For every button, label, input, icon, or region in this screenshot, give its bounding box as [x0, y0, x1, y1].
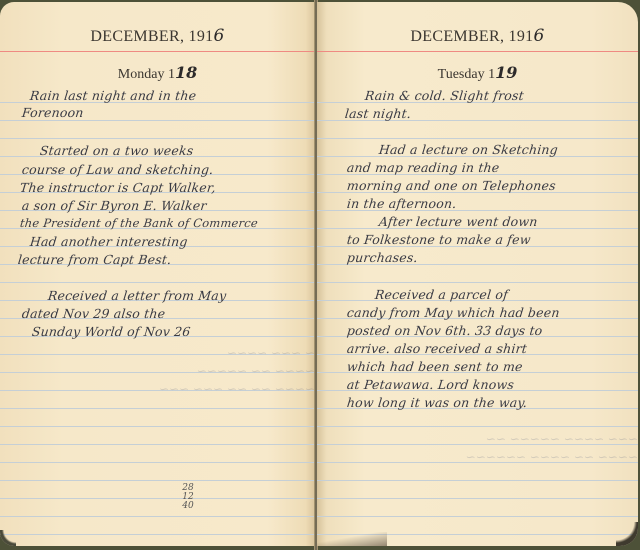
- right-day-header: Tuesday 119: [317, 63, 638, 83]
- right-month-text: DECEMBER, 191: [410, 28, 533, 45]
- left-entry-line: Had another interesting: [29, 234, 315, 249]
- right-entry-line: posted on Nov 6th. 33 days to: [346, 323, 638, 338]
- right-page: DECEMBER, 1916 Tuesday 119 Rain & cold. …: [317, 2, 638, 546]
- bleed-through-text: ~~~ ~~~~ ~~~~~ ~~: [356, 432, 638, 446]
- page-mark: 28 12 40: [178, 484, 198, 511]
- right-entry-line: and map reading in the: [346, 160, 638, 175]
- right-entry-line: Received a parcel of: [374, 287, 638, 302]
- corner-shadow: [0, 530, 16, 546]
- right-entry-line: last night.: [344, 106, 638, 121]
- header-red-rule: [0, 51, 315, 52]
- right-entry-line: arrive. also received a shirt: [346, 341, 638, 356]
- left-page: DECEMBER, 1916 Monday 118 Rain last nigh…: [0, 2, 315, 546]
- left-printed-day: 1: [168, 67, 175, 82]
- right-month-header: DECEMBER, 1916: [317, 26, 638, 46]
- right-entry-line: which had been sent to me: [346, 359, 638, 374]
- gutter-shadow: [317, 532, 387, 546]
- left-month-header: DECEMBER, 1916: [0, 26, 315, 46]
- right-entry-line: in the afternoon.: [346, 196, 638, 211]
- left-day-header: Monday 118: [0, 63, 315, 83]
- diary-spread: DECEMBER, 1916 Monday 118 Rain last nigh…: [0, 0, 640, 550]
- left-year-correction: 6: [213, 26, 224, 46]
- left-entry-line: Rain last night and in the: [29, 88, 315, 103]
- right-entry-line: Had a lecture on Sketching: [378, 142, 638, 157]
- bleed-through-text: ~ ~~~ ~~~~: [59, 346, 315, 360]
- right-year-correction: 6: [533, 26, 544, 46]
- right-entry-line: morning and one on Telephones: [346, 178, 638, 193]
- right-entry-line: candy from May which had been: [346, 305, 638, 320]
- left-entry-line: Started on a two weeks: [39, 143, 315, 158]
- left-weekday: Monday: [118, 67, 165, 82]
- right-weekday: Tuesday: [438, 67, 485, 82]
- bleed-through-text: ~~~~ ~~ ~~ ~~~ ~~~: [39, 382, 315, 396]
- left-entry-line: a son of Sir Byron E. Walker: [21, 198, 315, 213]
- left-entry-line: Forenoon: [21, 105, 315, 120]
- page-mark-line: 40: [178, 502, 198, 511]
- page-curl: [616, 522, 638, 546]
- left-entry-line: Received a letter from May: [47, 288, 315, 303]
- header-red-rule: [317, 51, 638, 52]
- left-entry-line: dated Nov 29 also the: [21, 306, 315, 321]
- right-entry-line: purchases.: [346, 250, 638, 265]
- right-entry-line: After lecture went down: [378, 214, 638, 229]
- right-entry-line: to Folkestone to make a few: [346, 232, 638, 247]
- left-entry-line: the President of the Bank of Commerce: [19, 216, 315, 230]
- left-entry-line: course of Law and sketching.: [21, 162, 315, 177]
- left-entry-line: lecture from Capt Best.: [17, 252, 315, 267]
- left-entry-line: Sunday World of Nov 26: [31, 324, 315, 339]
- left-entry-line: The instructor is Capt Walker,: [19, 180, 315, 195]
- left-month-text: DECEMBER, 191: [90, 28, 213, 45]
- right-entry-line: Rain & cold. Slight frost: [364, 88, 638, 103]
- bleed-through-text: ~~~~ ~~ ~~~~~: [59, 364, 315, 378]
- right-entry-line: at Petawawa. Lord knows: [346, 377, 638, 392]
- right-day-correction: 19: [495, 63, 517, 82]
- left-day-correction: 18: [175, 63, 197, 82]
- right-entry-line: how long it was on the way.: [346, 395, 638, 410]
- bleed-through-text: ~~~~ ~~ ~~~~ ~~~~~~: [356, 450, 638, 464]
